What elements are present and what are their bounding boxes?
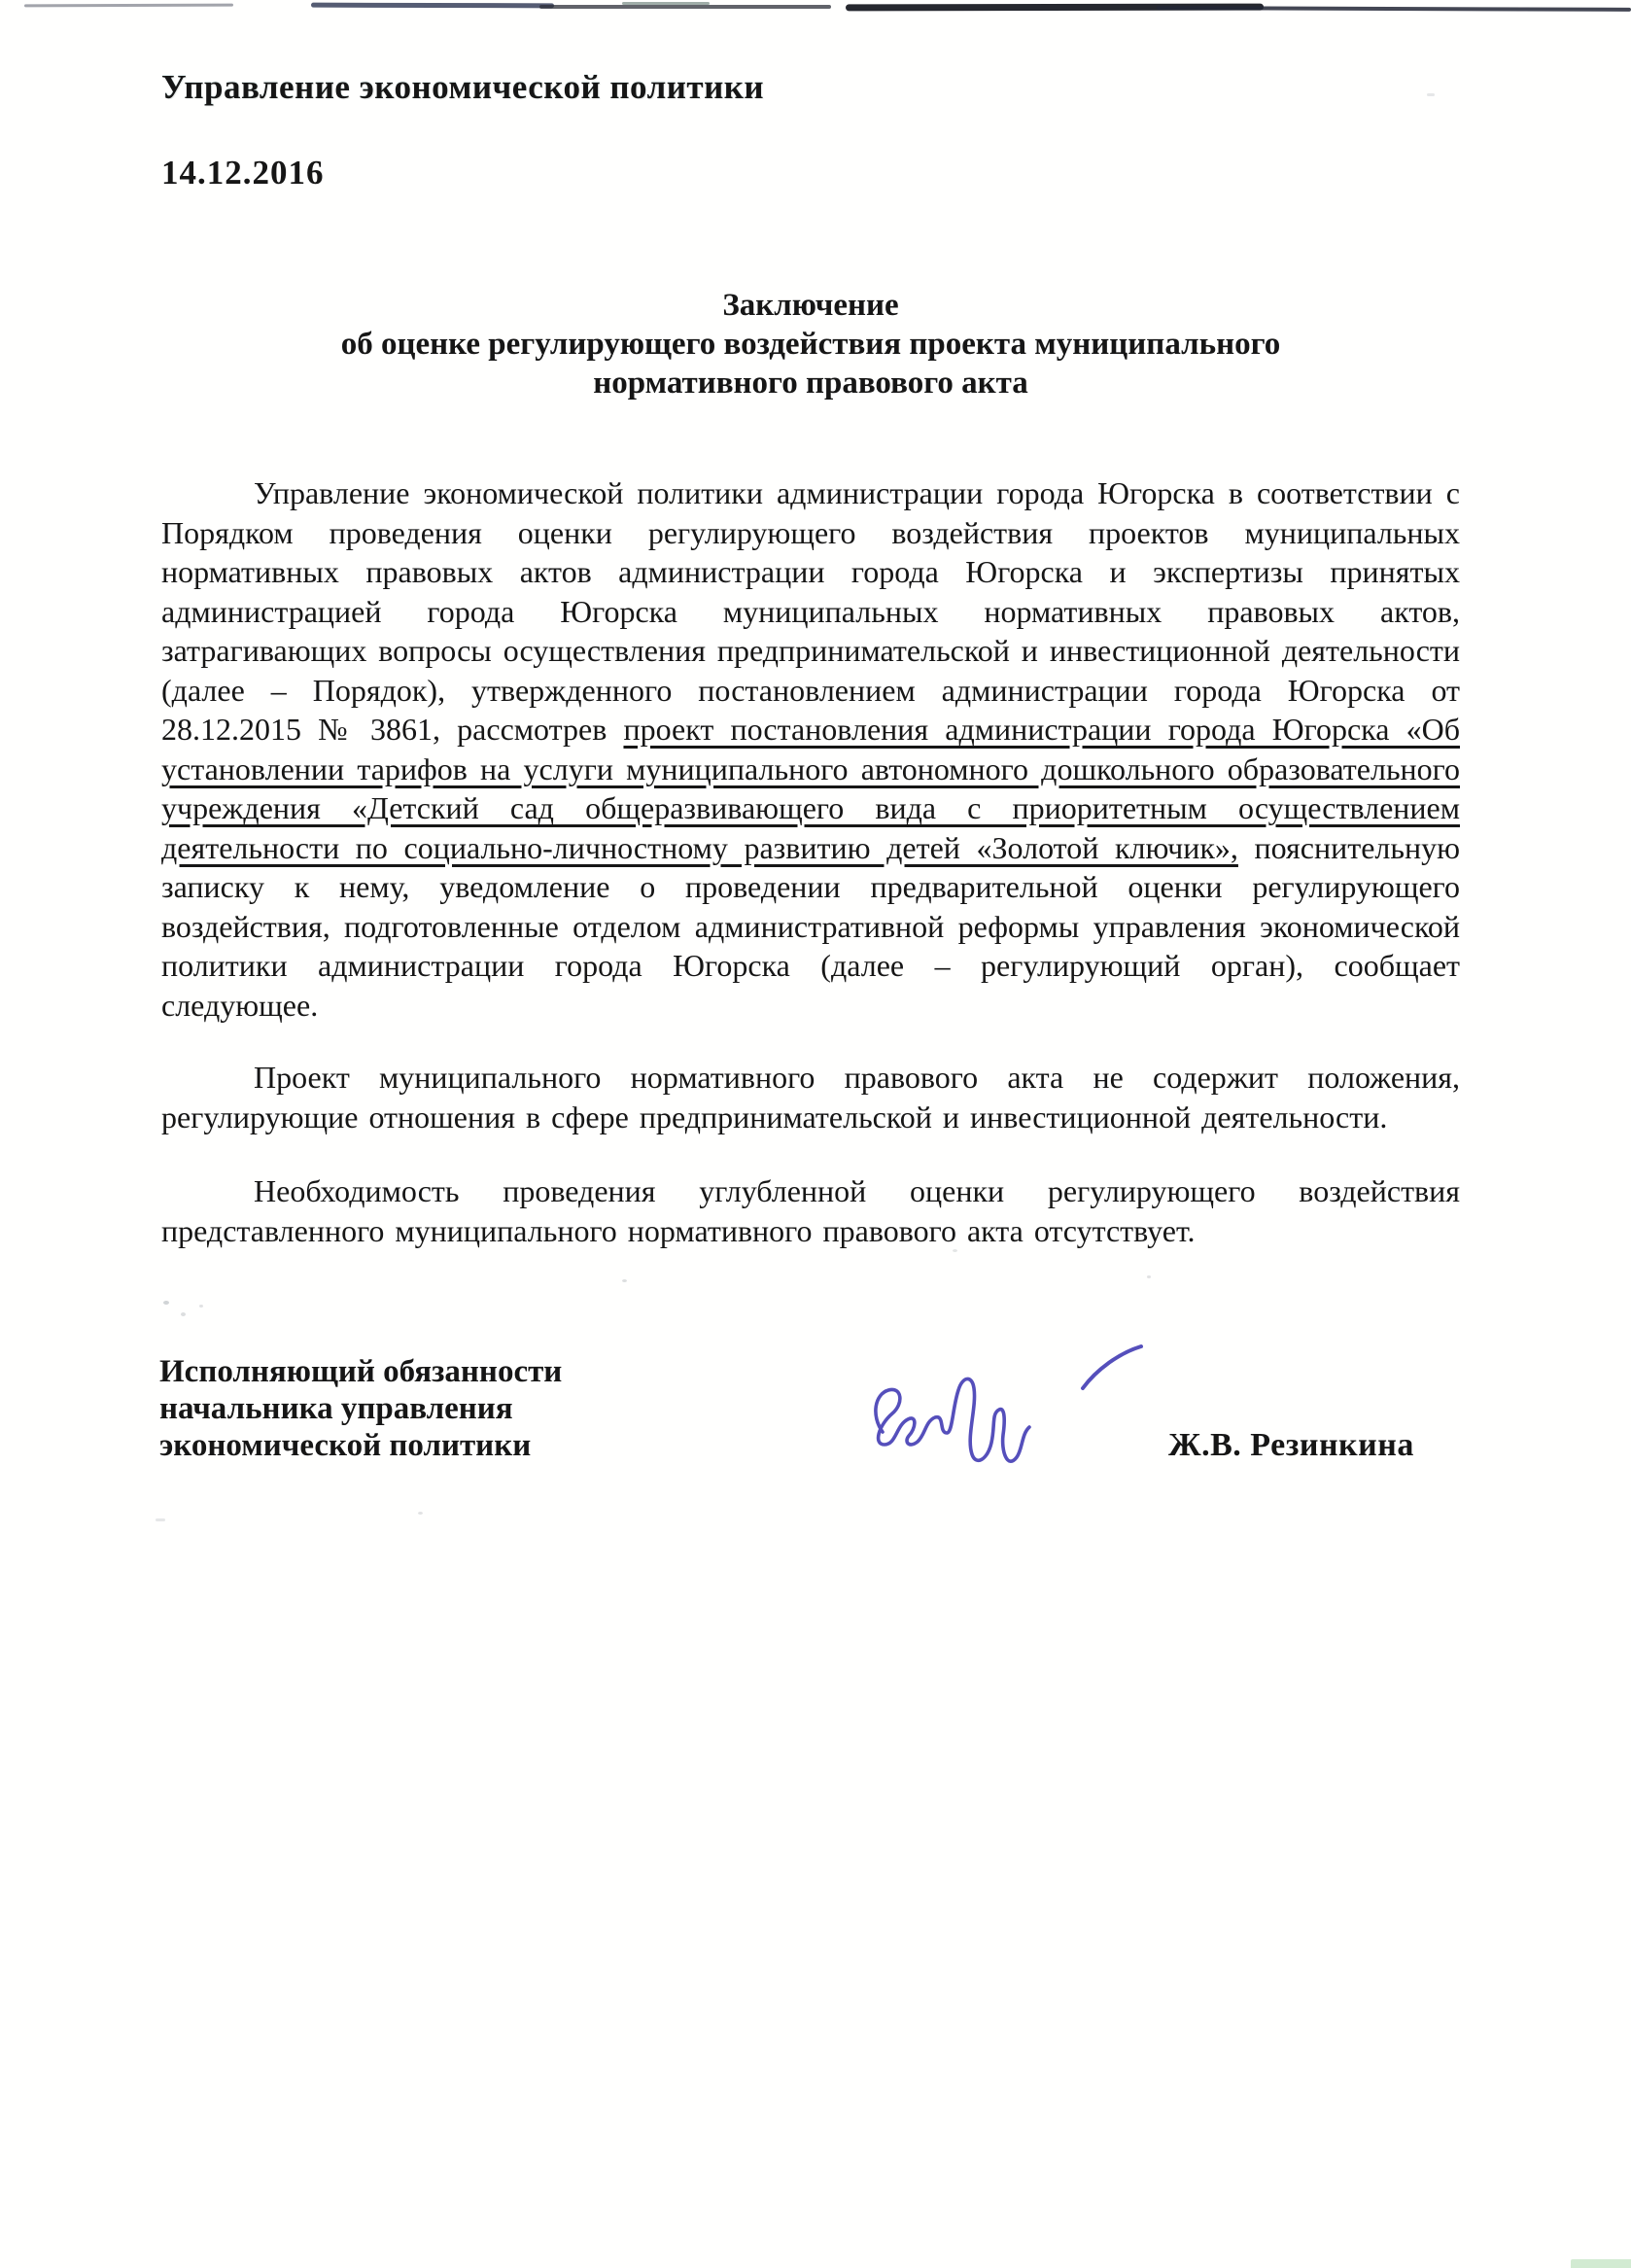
signature-squiggle [876,1378,1029,1461]
paragraph-main: Управление экономической политики админи… [161,473,1460,1025]
scan-artifact-segment [311,3,554,9]
document-title: Заключение об оценке регулирующего возде… [161,286,1460,402]
scan-speck [953,1249,957,1252]
title-line-1: Заключение [161,286,1460,325]
paragraph-conclusion-1: Проект муниципального нормативного право… [161,1058,1460,1136]
scan-speck [622,1279,627,1282]
position-line-2: начальника управления [159,1390,562,1427]
document-date: 14.12.2016 [161,154,325,192]
scan-speck [163,1301,169,1305]
scan-speck [199,1305,203,1308]
scan-artifact-top-edge [0,0,1631,14]
text-segment: Управление экономической политики админи… [161,475,1460,747]
scan-speck [181,1312,186,1316]
scan-artifact-segment [539,5,831,9]
handwritten-signature-ink [863,1340,1166,1476]
scan-speck [418,1512,423,1515]
position-line-3: экономической политики [159,1427,562,1464]
scan-artifact-segment [24,4,233,8]
signature-accent-stroke [1083,1346,1141,1388]
title-line-2: об оценке регулирующего воздействия прое… [161,325,1460,364]
document-page: Управление экономической политики 14.12.… [0,0,1631,2268]
scan-artifact-segment [622,2,710,5]
scan-speck [156,1518,165,1521]
text-segment: Проект муниципального нормативного право… [161,1060,1460,1134]
signatory-position: Исполняющий обязанности начальника управ… [159,1353,562,1464]
department-header: Управление экономической политики [161,68,764,107]
scan-artifact-bottom-smudge [1571,2259,1631,2268]
text-segment: Необходимость проведения углубленной оце… [161,1173,1460,1248]
signatory-name: Ж.В. Резинкина [1168,1427,1414,1464]
scan-speck [1147,1275,1151,1278]
position-line-1: Исполняющий обязанности [159,1353,562,1390]
scan-artifact-segment [1157,6,1631,12]
paragraph-conclusion-2: Необходимость проведения углубленной оце… [161,1171,1460,1250]
scan-speck [1427,93,1435,96]
title-line-3: нормативного правового акта [161,364,1460,402]
